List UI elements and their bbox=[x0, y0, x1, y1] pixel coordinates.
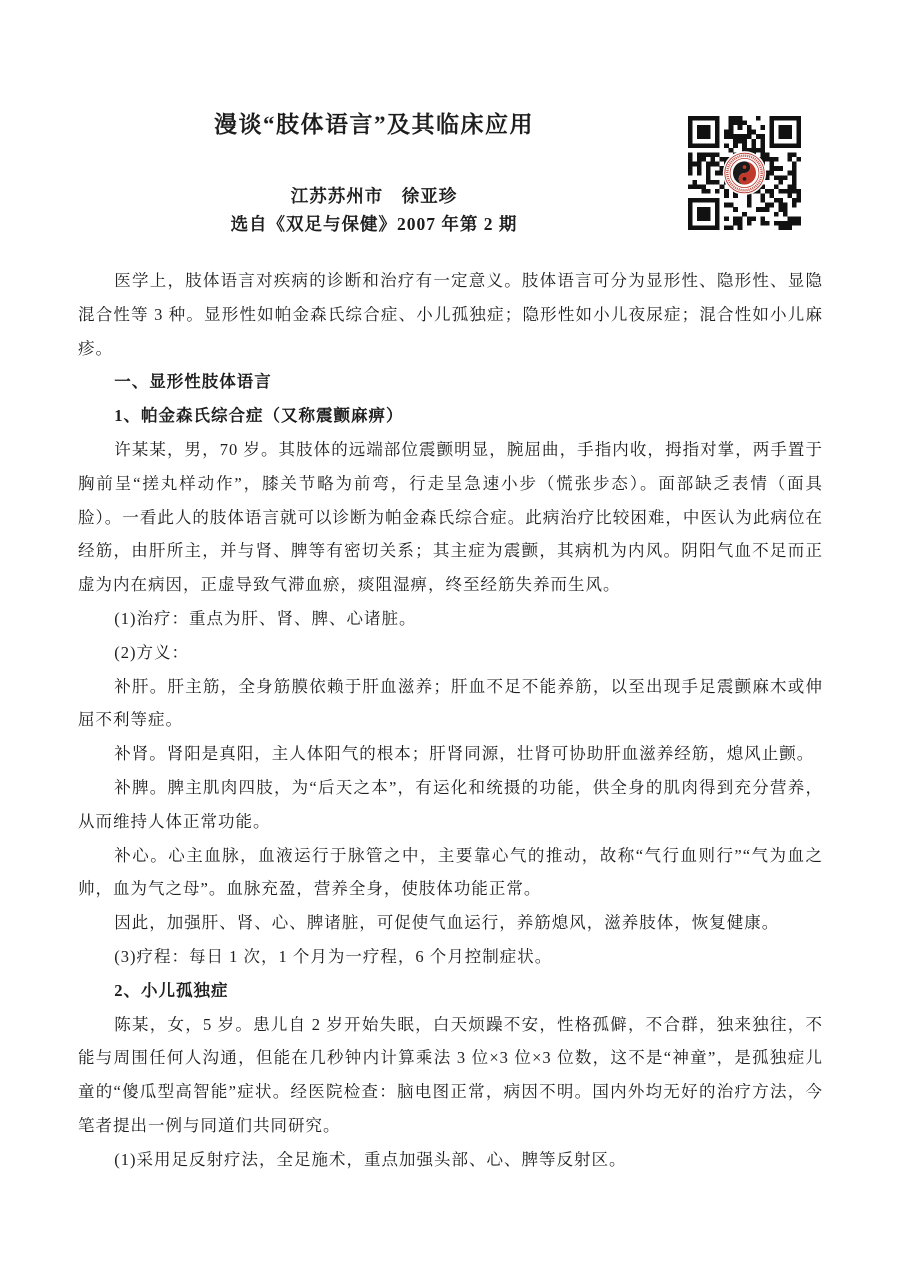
paragraph: (1)采用足反射疗法，全足施术，重点加强头部、心、脾等反射区。 bbox=[78, 1143, 823, 1177]
paragraph: (3)疗程：每日 1 次，1 个月为一疗程，6 个月控制症状。 bbox=[78, 940, 823, 974]
section-heading: 一、显形性肢体语言 bbox=[78, 365, 823, 399]
qr-code bbox=[688, 116, 801, 230]
paragraph: 补肾。肾阳是真阳，主人体阳气的根本；肝肾同源，壮肾可协助肝血滋养经筋，熄风止颤。 bbox=[78, 737, 823, 771]
paragraph: 补心。心主血脉，血液运行于脉管之中，主要靠心气的推动，故称“气行血则行”“气为血… bbox=[78, 839, 823, 907]
paragraph: 医学上，肢体语言对疾病的诊断和治疗有一定意义。肢体语言可分为显形性、隐形性、显隐… bbox=[78, 264, 823, 365]
source-line: 选自《双足与保健》2007 年第 2 期 bbox=[78, 210, 670, 238]
paragraph: 许某某，男，70 岁。其肢体的远端部位震颤明显，腕屈曲，手指内收，拇指对掌，两手… bbox=[78, 433, 823, 602]
document-body: 医学上，肢体语言对疾病的诊断和治疗有一定意义。肢体语言可分为显形性、隐形性、显隐… bbox=[78, 264, 823, 1177]
paragraph: (1)治疗：重点为肝、肾、脾、心诸脏。 bbox=[78, 602, 823, 636]
paragraph: 补肝。肝主筋，全身筋膜依赖于肝血滋养；肝血不足不能养筋，以至出现手足震颤麻木或伸… bbox=[78, 670, 823, 738]
document-header: 漫谈“肢体语言”及其临床应用 江苏苏州市 徐亚珍 选自《双足与保健》2007 年… bbox=[78, 110, 823, 238]
author-line: 江苏苏州市 徐亚珍 bbox=[78, 182, 670, 210]
paragraph: 因此，加强肝、肾、心、脾诸脏，可促使气血运行，养筋熄风，滋养肢体，恢复健康。 bbox=[78, 906, 823, 940]
title-block: 漫谈“肢体语言”及其临床应用 江苏苏州市 徐亚珍 选自《双足与保健》2007 年… bbox=[78, 110, 670, 238]
section-heading: 2、小儿孤独症 bbox=[78, 974, 823, 1008]
qr-code-image bbox=[688, 116, 801, 230]
paragraph: (2)方义： bbox=[78, 636, 823, 670]
section-heading: 1、帕金森氏综合症（又称震颤麻痹） bbox=[78, 399, 823, 433]
document-page: 漫谈“肢体语言”及其临床应用 江苏苏州市 徐亚珍 选自《双足与保健》2007 年… bbox=[0, 0, 901, 1280]
paragraph: 陈某，女，5 岁。患儿自 2 岁开始失眠，白天烦躁不安，性格孤僻，不合群，独来独… bbox=[78, 1008, 823, 1143]
paragraph: 补脾。脾主肌肉四肢，为“后天之本”，有运化和统摄的功能，供全身的肌肉得到充分营养… bbox=[78, 771, 823, 839]
page-title: 漫谈“肢体语言”及其临床应用 bbox=[78, 110, 670, 140]
